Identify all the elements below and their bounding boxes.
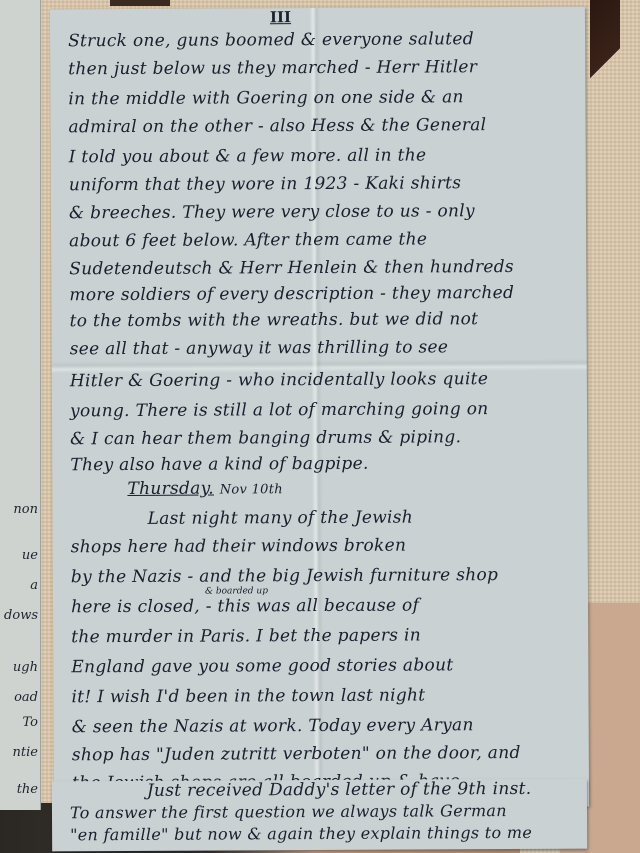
left-page-fragment: ugh	[0, 660, 38, 675]
letter-line: then just below us they marched - Herr H…	[68, 57, 477, 79]
letter-line: here is closed, - this was all because o…	[71, 595, 419, 617]
left-page-fragment: a	[0, 578, 38, 593]
letter-page-bottom: Just received Daddy's letter of the 9th …	[52, 779, 587, 852]
letter-page: III Struck one, guns boomed & everyone s…	[50, 7, 589, 810]
date-heading-day: Thursday.	[127, 479, 214, 499]
letter-line: shop has "Juden zutritt verboten" on the…	[72, 743, 521, 765]
letter-line: England gave you some good stories about	[71, 655, 453, 677]
date-heading-date: Nov 10th	[220, 482, 283, 497]
letter-line: To answer the first question we always t…	[70, 801, 507, 822]
left-page-fragment: non	[0, 502, 38, 517]
letter-line: & breeches. They were very close to us -…	[69, 201, 475, 223]
left-page-fragment: ue	[0, 548, 38, 563]
page-number: III	[270, 8, 291, 26]
letter-line: more soldiers of every description - the…	[69, 283, 514, 305]
letter-line: admiral on the other - also Hess & the G…	[68, 115, 486, 137]
letter-line: about 6 feet below. After them came the	[69, 229, 427, 251]
letter-line: young. There is still a lot of marching …	[70, 399, 489, 421]
date-heading: Thursday. Nov 10th	[127, 478, 283, 499]
left-page-fragment: To	[0, 715, 38, 730]
letter-line: Hitler & Goering - who incidentally look…	[70, 369, 488, 391]
letter-line: shops here had their windows broken	[71, 536, 407, 558]
adjacent-letter-page: non ue a dows ugh oad To ntie the	[0, 0, 41, 810]
left-page-fragment: dows	[0, 608, 38, 623]
letter-line: & I can hear them banging drums & piping…	[70, 427, 461, 449]
inserted-annotation: & boarded up	[205, 586, 268, 596]
letter-line: I told you about & a few more. all in th…	[69, 145, 427, 167]
letter-line: it! I wish I'd been in the town last nig…	[71, 685, 425, 707]
background-object	[110, 0, 170, 6]
left-page-fragment: oad	[0, 690, 38, 705]
letter-line: uniform that they wore in 1923 - Kaki sh…	[69, 173, 462, 195]
letter-line: Sudetendeutsch & Herr Henlein & then hun…	[69, 257, 514, 279]
letter-line: in the middle with Goering on one side &…	[68, 87, 463, 109]
letter-line: the murder in Paris. I bet the papers in	[71, 625, 421, 647]
left-page-fragment: ntie	[0, 745, 38, 760]
letter-line: to the tombs with the wreaths. but we di…	[69, 309, 478, 331]
letter-line: Last night many of the Jewish	[148, 508, 414, 529]
letter-line: see all that - anyway it was thrilling t…	[70, 337, 449, 359]
background-object	[590, 0, 620, 100]
letter-line: & seen the Nazis at work. Today every Ar…	[72, 715, 474, 737]
letter-line: "en famille" but now & again they explai…	[70, 823, 532, 844]
letter-line: by the Nazis - and the big Jewish furnit…	[71, 565, 498, 587]
left-page-fragment: the	[0, 782, 38, 797]
letter-line: Struck one, guns boomed & everyone salut…	[68, 29, 474, 51]
letter-line: Just received Daddy's letter of the 9th …	[147, 779, 532, 801]
letter-line: They also have a kind of bagpipe.	[70, 454, 368, 476]
